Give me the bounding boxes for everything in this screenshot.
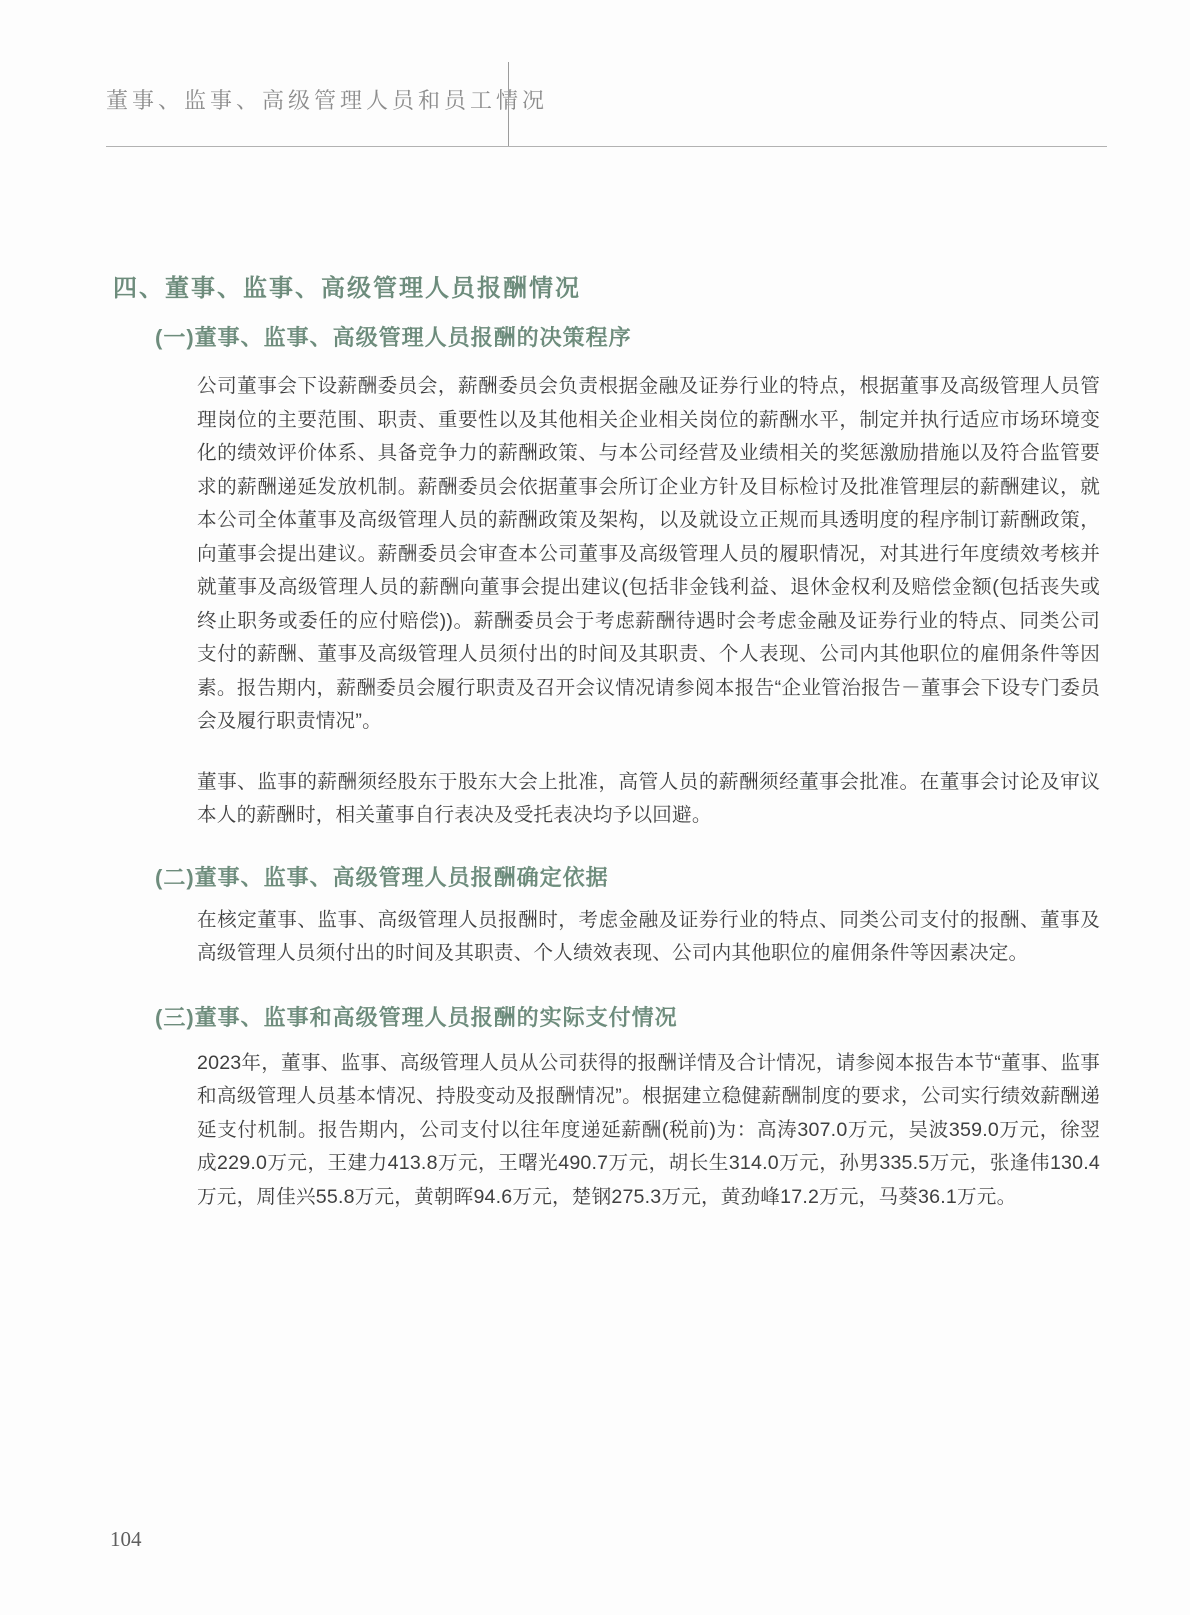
subsection-1: (一)董事、监事、高级管理人员报酬的决策程序 公司董事会下设薪酬委员会，薪酬委员… xyxy=(113,321,1107,833)
content-area: 四、董事、监事、高级管理人员报酬情况 (一)董事、监事、高级管理人员报酬的决策程… xyxy=(113,268,1107,1214)
subsection-2-paragraph-1: 在核定董事、监事、高级管理人员报酬时，考虑金融及证券行业的特点、同类公司支付的报… xyxy=(197,904,1100,971)
breadcrumb: 董事、监事、高级管理人员和员工情况 xyxy=(106,84,548,115)
subsection-3-title: (三)董事、监事和高级管理人员报酬的实际支付情况 xyxy=(155,1001,1107,1032)
page-number: 104 xyxy=(110,1527,142,1552)
subsection-1-paragraph-1: 公司董事会下设薪酬委员会，薪酬委员会负责根据金融及证券行业的特点，根据董事及高级… xyxy=(197,370,1100,739)
subsection-3-paragraph-1: 2023年，董事、监事、高级管理人员从公司获得的报酬详情及合计情况，请参阅本报告… xyxy=(197,1047,1100,1215)
subsection-2: (二)董事、监事、高级管理人员报酬确定依据 在核定董事、监事、高级管理人员报酬时… xyxy=(113,861,1107,971)
subsection-3: (三)董事、监事和高级管理人员报酬的实际支付情况 2023年，董事、监事、高级管… xyxy=(113,1001,1107,1215)
header-vertical-divider xyxy=(508,62,509,146)
section-title: 四、董事、监事、高级管理人员报酬情况 xyxy=(113,268,1107,303)
subsection-1-paragraph-2: 董事、监事的薪酬须经股东于股东大会上批准，高管人员的薪酬须经董事会批准。在董事会… xyxy=(197,766,1100,833)
subsection-2-title: (二)董事、监事、高级管理人员报酬确定依据 xyxy=(155,861,1107,892)
subsection-1-title: (一)董事、监事、高级管理人员报酬的决策程序 xyxy=(155,321,1107,352)
document-page: 董事、监事、高级管理人员和员工情况 四、董事、监事、高级管理人员报酬情况 (一)… xyxy=(0,0,1190,1615)
header-horizontal-divider xyxy=(106,146,1107,147)
